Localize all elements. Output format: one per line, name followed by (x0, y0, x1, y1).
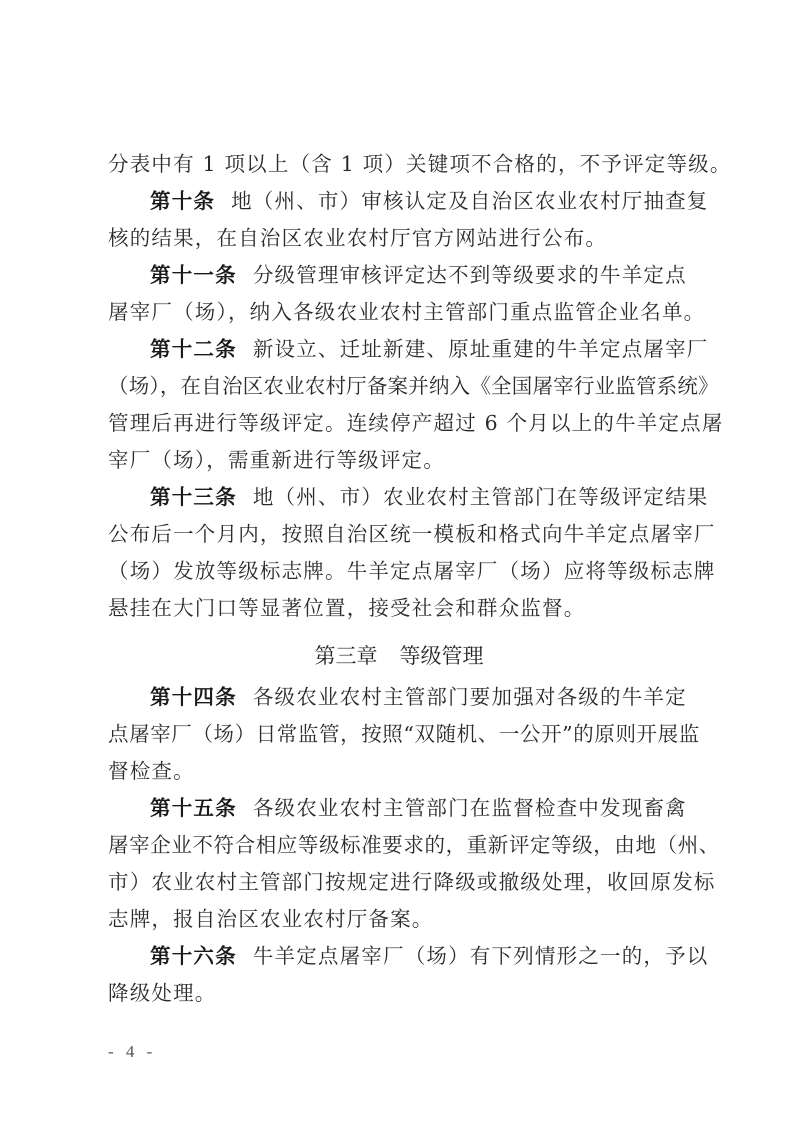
text-line: 地（州、市）审核认定及自治区农业农村厅抽查复 (231, 189, 708, 213)
text-line: 分级管理审核评定达不到等级要求的牛羊定点 (253, 263, 687, 287)
page-number: - 4 - (108, 1042, 156, 1062)
text-line: 督检查。 (108, 753, 690, 790)
text-line: 悬挂在大门口等显著位置，接受社会和群众监督。 (108, 590, 690, 627)
chapter-number: 第三章 (315, 644, 378, 668)
article-16-line: 第十六条牛羊定点屠宰厂（场）有下列情形之一的，予以 (108, 938, 690, 975)
article-14-line: 第十四条各级农业农村主管部门要加强对各级的牛羊定 (108, 679, 690, 716)
text-line: 志牌，报自治区农业农村厅备案。 (108, 901, 690, 938)
text-line: 牛羊定点屠宰厂（场）有下列情形之一的，予以 (253, 944, 709, 968)
article-11-line: 第十一条分级管理审核评定达不到等级要求的牛羊定点 (108, 257, 690, 294)
text-line: 分表中有 1 项以上（含 1 项）关键项不合格的，不予评定等级。 (108, 146, 690, 183)
article-label: 第十四条 (150, 685, 237, 709)
text-line: 市）农业农村主管部门按规定进行降级或撤级处理，收回原发标 (108, 864, 690, 901)
article-15-line: 第十五条各级农业农村主管部门在监督检查中发现畜禽 (108, 790, 690, 827)
text-line: 新设立、迁址新建、原址重建的牛羊定点屠宰厂 (253, 337, 709, 361)
text-line: 核的结果，在自治区农业农村厅官方网站进行公布。 (108, 220, 690, 257)
article-label: 第十条 (150, 189, 215, 213)
text-line: 各级农业农村主管部门要加强对各级的牛羊定 (253, 685, 687, 709)
text-line: 宰厂（场），需重新进行等级评定。 (108, 442, 690, 479)
text-line: 屠宰厂（场），纳入各级农业农村主管部门重点监管企业名单。 (108, 294, 690, 331)
text-line: 点屠宰厂（场）日常监管，按照“双随机、一公开”的原则开展监 (108, 716, 690, 753)
article-label: 第十二条 (150, 337, 237, 361)
chapter-title: 等级管理 (400, 644, 484, 668)
text-line: 公布后一个月内，按照自治区统一模板和格式向牛羊定点屠宰厂 (108, 516, 690, 553)
article-label: 第十六条 (150, 944, 237, 968)
text-line: （场），在自治区农业农村厅备案并纳入《全国屠宰行业监管系统》 (108, 368, 690, 405)
article-13-line: 第十三条地（州、市）农业农村主管部门在等级评定结果 (108, 479, 690, 516)
article-label: 第十三条 (150, 485, 237, 509)
article-label: 第十一条 (150, 263, 237, 287)
text-line: （场）发放等级标志牌。牛羊定点屠宰厂（场）应将等级标志牌 (108, 553, 690, 590)
document-page: 分表中有 1 项以上（含 1 项）关键项不合格的，不予评定等级。 第十条地（州、… (108, 146, 690, 1012)
text-line: 屠宰企业不符合相应等级标准要求的，重新评定等级，由地（州、 (108, 827, 690, 864)
chapter-heading: 第三章等级管理 (108, 627, 690, 679)
article-12-line: 第十二条新设立、迁址新建、原址重建的牛羊定点屠宰厂 (108, 331, 690, 368)
article-10-line: 第十条地（州、市）审核认定及自治区农业农村厅抽查复 (108, 183, 690, 220)
article-label: 第十五条 (150, 796, 237, 820)
text-line: 降级处理。 (108, 975, 690, 1012)
text-line: 管理后再进行等级评定。连续停产超过 6 个月以上的牛羊定点屠 (108, 405, 690, 442)
text-line: 地（州、市）农业农村主管部门在等级评定结果 (253, 485, 709, 509)
text-line: 各级农业农村主管部门在监督检查中发现畜禽 (253, 796, 687, 820)
